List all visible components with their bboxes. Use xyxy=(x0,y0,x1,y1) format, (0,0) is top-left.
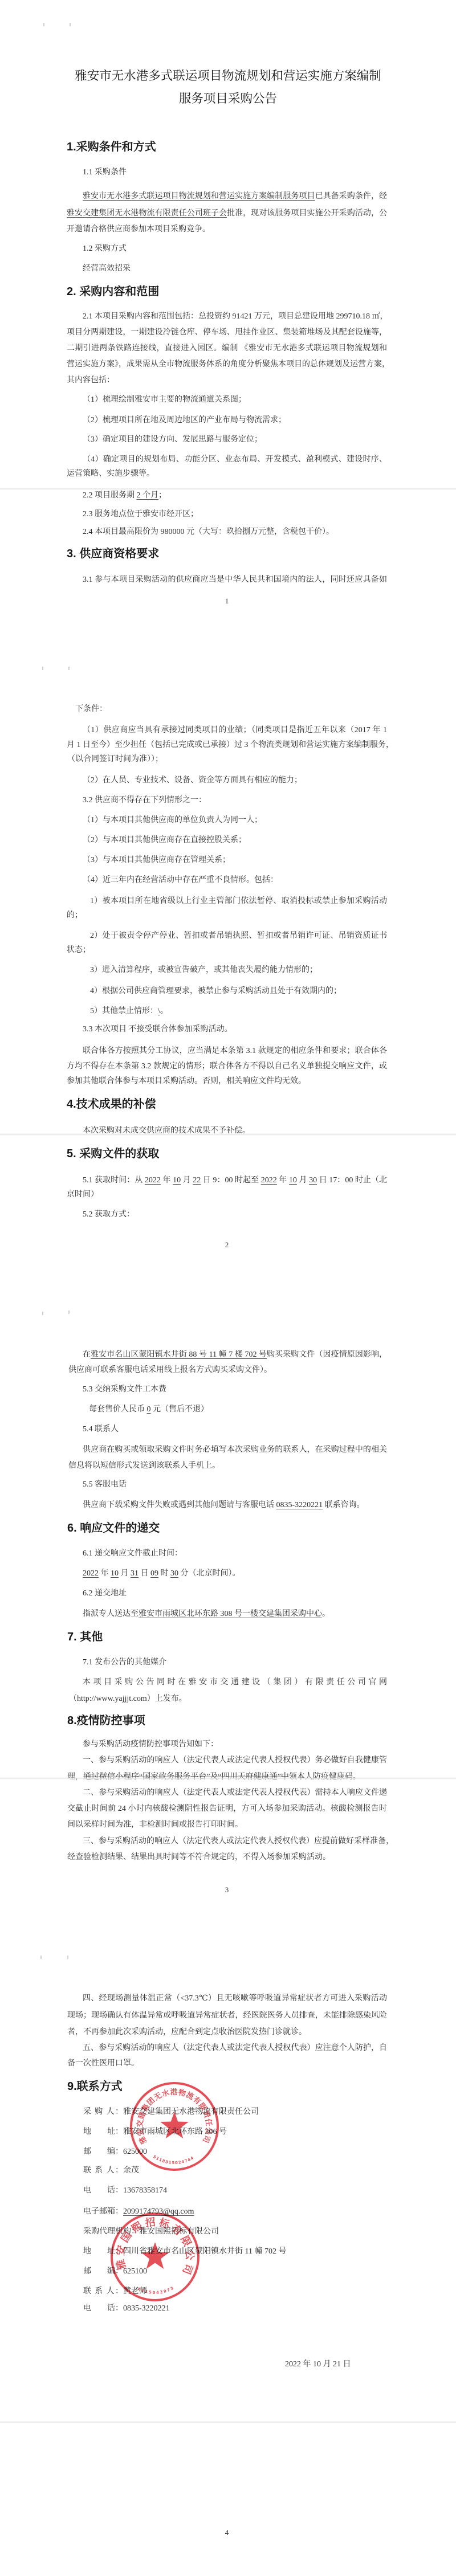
clause-line: 5.2 获取方式： xyxy=(83,1209,135,1220)
clause-line: 7.1 发布公告的其他媒介 xyxy=(83,1657,166,1668)
underlined-text: 30 xyxy=(309,1176,317,1185)
scan-mark xyxy=(43,23,44,26)
contact-value: 0835-3220221 xyxy=(123,2304,170,2313)
underlined-text: 0835-3220221 xyxy=(276,1501,323,1509)
underlined-text: 10 xyxy=(111,1569,119,1578)
paragraph-line: 京时间） xyxy=(67,1189,99,1201)
text-segment: 2.2 项目服务期 xyxy=(83,491,137,500)
list-item: （1）供应商应当具有承接过同类项目的业绩；（同类项目是指近五年以来（2017 年… xyxy=(83,725,387,736)
list-item: （1）梳理绘制雅安市主要的物流通道关系图； xyxy=(83,394,246,406)
text-segment: 购买采购文件（因疫情原因影响， xyxy=(267,1350,387,1359)
paragraph-line: （http://www.yajjjt.com）上发布。 xyxy=(69,1693,187,1705)
underlined-text: 2022 xyxy=(83,1569,99,1578)
text-segment: 每套售价人民币 xyxy=(89,1405,147,1414)
text-segment: 指派专人送达至 xyxy=(83,1610,139,1618)
hotline-line: 供应商下载采购文件失败或遇到其他问题请与客服电话 0835-3220221 联系… xyxy=(83,1500,365,1511)
clause-line: 3.2 供应商不得存在下列情形之一： xyxy=(83,795,206,806)
page-seam-divider xyxy=(0,1777,456,1779)
underlined-text: 2022 xyxy=(145,1176,161,1185)
sub-list-item: 3）进入清算程序，或被宣告破产，或其他丧失履约能力情形的； xyxy=(90,965,317,976)
list-item-continuation: （以合同签订时间为准））； xyxy=(67,754,163,765)
paragraph-line: 参与采购活动疫情防控事项告知如下： xyxy=(83,1739,218,1750)
text-segment: 年 xyxy=(99,1569,111,1578)
acquisition-time-line: 5.1 获取时间：从 2022 年 10 月 22 日 9：00 时起至 202… xyxy=(83,1175,387,1186)
section-heading-3: 3. 供应商资格要求 xyxy=(67,546,159,561)
paragraph-line: 本项目采购公告同时在雅安市交通建设（集团）有限责任公司官网 xyxy=(83,1677,387,1688)
paragraph-line: 经查验检测结果、结果出具时间等不符合规定的，不得入场参加采购活动。 xyxy=(67,1852,331,1863)
text-segment: 供应商下载采购文件失败或遇到其他问题请与客服电话 xyxy=(83,1501,276,1509)
paragraph-line: 信息将以短信形式发送到该联系人手机上。 xyxy=(68,1460,220,1472)
document-title-line2: 服务项目采购公告 xyxy=(0,90,456,107)
section-heading-4: 4.技术成果的补偿 xyxy=(67,1097,156,1112)
text-segment: 5）其他禁止情形： xyxy=(90,1007,158,1015)
text-segment: 已具备采购条件，经 xyxy=(315,192,387,201)
seal-code: 6215042973 xyxy=(137,2286,174,2295)
page-number: 1 xyxy=(0,597,454,606)
text-segment: 日 17：00 时止（北 xyxy=(317,1176,387,1185)
paragraph-line: 2.1 本项目采购内容和范围包括：总投资约 91421 万元，项目总建设用地 2… xyxy=(83,311,387,322)
sub-list-item: 1）被本项目所在地省级以上行业主管部门依法暂停、取消投标或禁止参加采购活动 xyxy=(90,896,387,907)
sub-list-item: 2）处于被责令停产停业、暂扣或者吊销执照、暂扣或者吊销许可证、吊销资质证书 xyxy=(90,930,387,942)
agency-company-seal: 雅安国熙招标有限公司 6215042973 xyxy=(109,2211,201,2303)
text-segment: 日 9：00 时起至 xyxy=(201,1176,261,1185)
text-segment: 月 xyxy=(119,1569,131,1578)
contact-value: 13678358174 xyxy=(123,2186,167,2195)
list-item-continuation: 月 1 日至今）至少担任（包括已完成或已承接）过 3 个物流类规划和营运实施方案… xyxy=(67,740,387,751)
text-segment: 月 xyxy=(181,1176,193,1185)
scan-mark xyxy=(68,1311,70,1314)
section-heading-1: 1.采购条件和方式 xyxy=(67,140,156,154)
text-segment: 5.1 获取时间：从 xyxy=(83,1176,145,1185)
contact-row-phone: 电 话：0835-3220221 xyxy=(83,2303,170,2314)
clause-line: 5.3 交纳采购文件工本费 xyxy=(83,1384,166,1395)
contact-label: 联 系 人： xyxy=(83,2165,123,2177)
paragraph-line: 方均不得存在本条第 3.2 款规定的情形；联合体各方不得以自己名义单独提交响应文… xyxy=(67,1061,387,1072)
sub-list-item: 5）其他禁止情形：\。 xyxy=(90,1006,168,1017)
section-heading-7: 7. 其他 xyxy=(67,1630,103,1644)
paragraph-line: 供应商可联系客服电话采用线上报名方式购买采购文件）。 xyxy=(68,1365,272,1376)
paragraph-line: 供应商在购买或领取采购文件时务必填写本次采购业务的联系人，在采购过程中的相关 xyxy=(83,1444,387,1456)
clause-line: 2.2 项目服务期 2 个月； xyxy=(83,490,166,501)
underlined-text: 0 xyxy=(147,1405,151,1414)
subsection-label: 1.1 采购条件 xyxy=(83,167,127,178)
procurement-method: 经营高效招采 xyxy=(83,263,131,275)
underlined-text: 雅安交建集团无水港物流有限责任公司班子会 xyxy=(67,209,227,218)
paragraph-line: 二期引进两条铁路连接线，直接进入园区。编制 《雅安市无水港多式联运项目物流规划和 xyxy=(67,343,387,354)
clause-line: 5.5 客服电话 xyxy=(83,1479,127,1491)
paragraph-line: 三、参与采购活动的响应人（法定代表人或法定代表人授权代表）应提前做好采样准备， xyxy=(83,1836,387,1847)
page-seam-divider xyxy=(0,488,456,490)
section-heading-8: 8.疫情防控事项 xyxy=(67,1713,145,1728)
seal-code-text: 5118315024744 xyxy=(152,2154,194,2165)
paragraph-line: 3.1 参与本项目采购活动的供应商应当是中华人民共和国境内的法人，同时还应具备如 xyxy=(83,574,387,586)
list-item: （3）与本项目其他供应商存在管理关系； xyxy=(83,855,230,866)
text-segment: ； xyxy=(158,491,166,500)
paragraph-line: 项目分两期建设，一期建设冷链仓库、停车场、甩挂作业区、集装箱堆场及其配套设施等， xyxy=(67,327,387,338)
clause-line: 5.4 联系人 xyxy=(83,1424,119,1435)
seal-code: 5118315024744 xyxy=(152,2154,194,2165)
scan-mark xyxy=(42,1312,43,1315)
purchaser-company-seal: 雅安交建集团无水港物流有限责任公司 5118315024744 xyxy=(129,2081,220,2172)
page-seam-divider xyxy=(0,1133,456,1136)
clause-line: 6.2 递交地址 xyxy=(83,1588,127,1599)
paragraph-line: 其内容包括： xyxy=(67,375,115,386)
scan-mark xyxy=(40,1956,42,1959)
text-segment: 在 xyxy=(83,1350,91,1359)
text-segment: 日 xyxy=(139,1569,150,1578)
section-heading-6: 6. 响应文件的递交 xyxy=(67,1521,160,1536)
section-heading-5: 5. 采购文件的获取 xyxy=(67,1146,159,1161)
underlined-text: 雅安市名山区蒙阳镇水井街 88 号 11 幢 7 楼 702 号 xyxy=(91,1350,267,1359)
underlined-text: 雅安市无水港多式联运项目物流规划和营运实施方案编制服务项目 xyxy=(83,192,315,201)
page-number: 3 xyxy=(0,1885,454,1895)
fee-line: 每套售价人民币 0 元（售后不退） xyxy=(89,1404,209,1415)
underlined-text: 2022 xyxy=(261,1176,277,1185)
page-number: 2 xyxy=(0,1240,454,1250)
list-item: （4）确定项目的规划布局、功能分区、业态布局、开发模式、盈利模式、建设时序、 xyxy=(83,454,387,466)
text-segment: 。 xyxy=(322,1610,330,1618)
paragraph-line: 雅安交建集团无水港物流有限责任公司班子会批准，现对该服务项目实施公开采购活动，公 xyxy=(67,208,387,219)
section-heading-9: 9.联系方式 xyxy=(67,2079,123,2094)
paragraph-line: 下条件： xyxy=(75,704,107,715)
underlined-text: 30 xyxy=(170,1569,178,1578)
scan-mark xyxy=(67,1956,68,1959)
text-segment: 年 xyxy=(161,1176,173,1185)
clause-line: 2.4 本项目最高限价为 980000 元（大写：玖拾捌万元整，含税包干价）。 xyxy=(83,526,334,538)
document-page: 雅安市无水港多式联运项目物流规划和营运实施方案编制 服务项目采购公告 1.采购条… xyxy=(0,0,456,2576)
underlined-text: 10 xyxy=(289,1176,297,1185)
sub-list-item-continuation: 状态； xyxy=(67,945,91,956)
paragraph-line: 联合体各方按照其分工协议，应当满足本条第 3.1 款规定的相应条件和要求；联合体… xyxy=(83,1046,387,1057)
text-segment: 时 xyxy=(158,1569,170,1578)
text-segment: 。 xyxy=(160,1007,168,1015)
contact-label: 地 址： xyxy=(83,2126,123,2138)
contact-label: 电 话： xyxy=(83,2185,123,2197)
star-icon xyxy=(141,2242,169,2269)
page-seam-divider xyxy=(0,2421,456,2423)
underlined-text: 31 xyxy=(131,1569,139,1578)
scan-mark xyxy=(42,667,43,670)
paragraph-line: 开邀请合格供应商参加本项目采购竞争。 xyxy=(67,224,210,235)
paragraph-line: 现场；现场确认有体温异常或呼吸道异常症状者，经医院医务人员排查，未能排除感染风险 xyxy=(67,2010,387,2022)
underlined-text: 10 xyxy=(173,1176,181,1185)
clause-line: 2.3 服务地点位于雅安市经开区； xyxy=(83,509,198,520)
text-segment: 年 xyxy=(277,1176,289,1185)
page-number: 4 xyxy=(0,2528,454,2537)
contact-row-phone: 电 话：13678358174 xyxy=(83,2185,167,2197)
text-segment: 分（北京时间）。 xyxy=(178,1569,241,1578)
list-item: （2）与本项目其他供应商存在直接控股关系； xyxy=(83,835,246,846)
paragraph-line: 交截止时间前 24 小时内核酸检测阴性报告证明，方可入场参加采购活动。核酸检测报… xyxy=(67,1803,387,1815)
scan-mark xyxy=(70,23,71,26)
list-item: （2）梳理项目所在地及周边地区的产业布局与物流需求； xyxy=(83,415,286,426)
delivery-address-line: 指派专人送达至雅安市雨城区北环东路 308 号一楼交建集团采购中心。 xyxy=(83,1609,330,1620)
text-segment: 元（售后不退） xyxy=(151,1405,209,1414)
paragraph-line: 备一次性医用口罩。 xyxy=(67,2058,139,2069)
text-segment: 月 xyxy=(297,1176,309,1185)
document-title-line1: 雅安市无水港多式联运项目物流规划和营运实施方案编制 xyxy=(0,67,456,84)
text-segment: 批准，现对该服务项目实施公开采购活动，公 xyxy=(227,209,387,218)
paragraph-line: 营运实施方案》，成果需从全市物流服务体系的角度分析聚焦本项目的总体规划及运营方案… xyxy=(67,359,387,370)
sub-list-item: 4）根据公司供应商管理要求，被禁止参与采购活动且处于有效期内的； xyxy=(90,986,341,997)
paragraph-line: 二、参与采购活动的响应人（法定代表人或法定代表人授权代表）需持本人响应文件递 xyxy=(83,1787,387,1799)
clause-line: 3.3 本次项目 不接受联合体参加采购活动。 xyxy=(83,1024,233,1035)
list-item: （2）在人员、专业技术、设备、资金等方面具有相应的能力； xyxy=(83,775,302,786)
paragraph-line: 在雅安市名山区蒙阳镇水井街 88 号 11 幢 7 楼 702 号购买采购文件（… xyxy=(83,1349,387,1361)
contact-label: 邮 编： xyxy=(83,2146,123,2158)
contact-label: 电 话： xyxy=(83,2303,123,2314)
paragraph-line: 者，不再参加此次采购活动，应配合到定点收治医院发热门诊就诊。 xyxy=(67,2027,307,2038)
contact-label: 采 购 人： xyxy=(83,2106,123,2118)
clause-line: 6.1 递交响应文件截止时间： xyxy=(83,1548,182,1560)
list-item-continuation: 运营策略、实施步骤等。 xyxy=(67,468,154,480)
paragraph-line: 一、参与采购活动的响应人（法定代表人或法定代表人授权代表）务必做好自我健康管 xyxy=(83,1755,387,1766)
list-item: （3）确定项目的建设方向、发展思路与服务定位； xyxy=(83,434,262,446)
sub-list-item-continuation: 的； xyxy=(67,910,83,921)
underlined-text: 雅安市雨城区北环东路 308 号一楼交建集团采购中心 xyxy=(139,1610,322,1618)
text-segment: 联系咨询。 xyxy=(323,1501,365,1509)
underlined-text: 09 xyxy=(150,1569,158,1578)
paragraph-line: 间以采样时间为准，非检测时间或报告打印时间。 xyxy=(67,1819,243,1831)
deadline-line: 2022 年 10 月 31 日 09 时 30 分（北京时间）。 xyxy=(83,1568,241,1579)
seal-code-text: 6215042973 xyxy=(137,2286,174,2295)
paragraph-line: 雅安市无水港多式联运项目物流规划和营运实施方案编制服务项目已具备采购条件，经 xyxy=(83,191,387,202)
list-item: （4）近三年内在经营活动中存在严重不良情形。包括： xyxy=(83,875,278,886)
scan-mark xyxy=(68,667,70,670)
underlined-text: 22 xyxy=(193,1176,201,1185)
star-icon xyxy=(160,2112,188,2138)
subsection-label: 1.2 采购方式 xyxy=(83,243,127,255)
list-item: （1）与本项目其他供应商的单位负责人为同一人； xyxy=(83,815,262,826)
underlined-text: 2 个月 xyxy=(137,491,159,500)
paragraph-line: 参加其他联合体参与本项目采购活动。否则，相关响应文件均无效。 xyxy=(67,1076,306,1087)
paragraph-line: 四、经现场测量体温正常（<37.3℃）且无咳嗽等呼吸道异常症状者方可进入采购活动 xyxy=(83,1993,387,2005)
section-heading-2: 2. 采购内容和范围 xyxy=(67,284,159,299)
announcement-date: 2022 年 10 月 21 日 xyxy=(285,2359,351,2370)
paragraph-line: 五、参与采购活动的响应人（法定代表人或法定代表人授权代表）应注意个人防护，自 xyxy=(83,2043,387,2054)
